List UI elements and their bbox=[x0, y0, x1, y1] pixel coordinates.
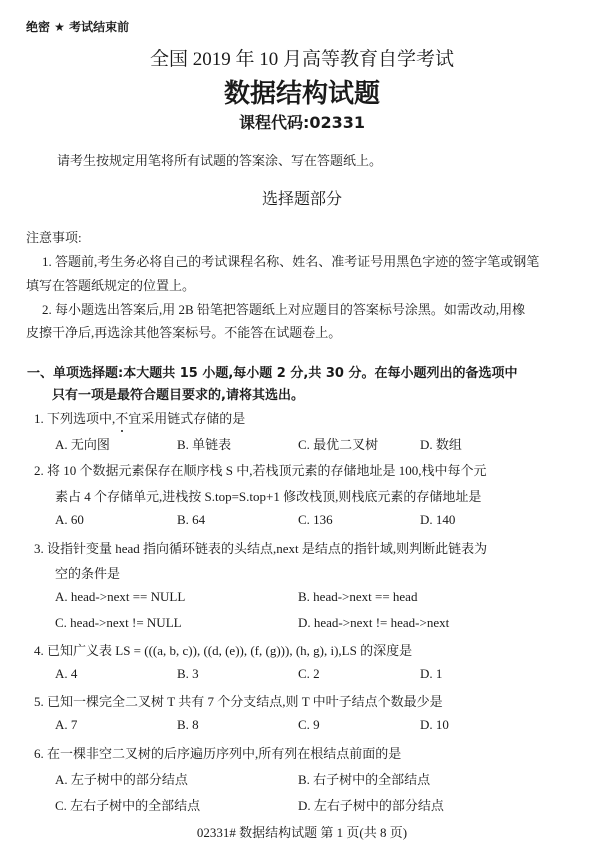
q4-option-b: B. 3 bbox=[177, 666, 199, 682]
confidential-label: 绝密 ★ 考试结束前 bbox=[26, 18, 129, 35]
question-4: 4. 已知广义表 LS = (((a, b, c)), ((d, (e)), (… bbox=[34, 640, 412, 659]
q4-option-a: A. 4 bbox=[55, 666, 77, 682]
q3-option-d: D. head->next != head->next bbox=[298, 615, 449, 631]
question-number: 2. bbox=[34, 463, 44, 478]
q3-option-c: C. head->next != NULL bbox=[55, 615, 182, 631]
question-3-line-1: 3. 设指针变量 head 指向循环链表的头结点,next 是结点的指针域,则判… bbox=[34, 538, 487, 557]
q5-option-a: A. 7 bbox=[55, 717, 77, 733]
question-text: 在一棵非空二叉树的后序遍历序列中,所有列在根结点前面的是 bbox=[47, 746, 401, 761]
q6-option-a: A. 左子树中的部分结点 bbox=[55, 769, 188, 788]
question-3-line-2: 空的条件是 bbox=[55, 563, 120, 582]
page-footer: 02331# 数据结构试题 第 1 页(共 8 页) bbox=[0, 822, 604, 841]
question-text-prefix: 下列选项中, bbox=[47, 411, 115, 426]
q2-option-a: A. 60 bbox=[55, 512, 84, 528]
question-text: 已知一棵完全二叉树 T 共有 7 个分支结点,则 T 中叶子结点个数最少是 bbox=[47, 694, 443, 709]
question-1: 1. 下列选项中,不宜采用链式存储的是 bbox=[34, 408, 245, 427]
question-6: 6. 在一棵非空二叉树的后序遍历序列中,所有列在根结点前面的是 bbox=[34, 743, 401, 762]
question-text: 将 10 个数据元素保存在顺序栈 S 中,若栈顶元素的存储地址是 100,栈中每… bbox=[47, 463, 486, 478]
q2-option-c: C. 136 bbox=[298, 512, 333, 528]
q3-option-b: B. head->next == head bbox=[298, 589, 417, 605]
q1-option-d: D. 数组 bbox=[420, 434, 462, 453]
question-number: 4. bbox=[34, 643, 44, 658]
part1-heading-line-2: 只有一项是最符合题目要求的,请将其选出。 bbox=[52, 384, 304, 403]
q1-option-b: B. 单链表 bbox=[177, 434, 231, 453]
question-text: 已知广义表 LS = (((a, b, c)), ((d, (e)), (f, … bbox=[47, 643, 412, 658]
q6-option-b: B. 右子树中的全部结点 bbox=[298, 769, 430, 788]
q5-option-d: D. 10 bbox=[420, 717, 449, 733]
q4-option-d: D. 1 bbox=[420, 666, 442, 682]
q4-option-c: C. 2 bbox=[298, 666, 320, 682]
q5-option-b: B. 8 bbox=[177, 717, 199, 733]
question-text-suffix: 宜采用链式存储的是 bbox=[128, 411, 245, 426]
question-5: 5. 已知一棵完全二叉树 T 共有 7 个分支结点,则 T 中叶子结点个数最少是 bbox=[34, 691, 443, 710]
emphasized-char: 不 bbox=[115, 408, 128, 427]
question-number: 6. bbox=[34, 746, 44, 761]
course-code: 课程代码:02331 bbox=[0, 110, 604, 133]
q2-option-d: D. 140 bbox=[420, 512, 455, 528]
question-2-line-1: 2. 将 10 个数据元素保存在顺序栈 S 中,若栈顶元素的存储地址是 100,… bbox=[34, 460, 486, 479]
question-number: 3. bbox=[34, 541, 44, 556]
note-1-line-1: 1. 答题前,考生务必将自己的考试课程名称、姓名、准考证号用黑色字迹的签字笔或钢… bbox=[42, 251, 539, 270]
note-2-line-2: 皮擦干净后,再选涂其他答案标号。不能答在试题卷上。 bbox=[26, 322, 341, 341]
q1-option-a: A. 无向图 bbox=[55, 434, 110, 453]
note-2-line-1: 2. 每小题选出答案后,用 2B 铅笔把答题纸上对应题目的答案标号涂黑。如需改动… bbox=[42, 299, 525, 318]
q6-option-d: D. 左右子树中的部分结点 bbox=[298, 795, 444, 814]
general-instruction: 请考生按规定用笔将所有试题的答案涂、写在答题纸上。 bbox=[57, 150, 382, 169]
question-text: 设指针变量 head 指向循环链表的头结点,next 是结点的指针域,则判断此链… bbox=[47, 541, 487, 556]
section-title: 选择题部分 bbox=[0, 186, 604, 209]
q2-option-b: B. 64 bbox=[177, 512, 205, 528]
question-number: 1. bbox=[34, 411, 44, 426]
question-2-line-2: 素占 4 个存储单元,进栈按 S.top=S.top+1 修改栈顶,则栈底元素的… bbox=[55, 486, 481, 505]
notes-heading: 注意事项: bbox=[26, 227, 82, 246]
exam-title: 全国 2019 年 10 月高等教育自学考试 bbox=[0, 44, 604, 71]
note-1-line-2: 填写在答题纸规定的位置上。 bbox=[26, 275, 195, 294]
question-number: 5. bbox=[34, 694, 44, 709]
q5-option-c: C. 9 bbox=[298, 717, 320, 733]
q3-option-a: A. head->next == NULL bbox=[55, 589, 185, 605]
q1-option-c: C. 最优二叉树 bbox=[298, 434, 378, 453]
q6-option-c: C. 左右子树中的全部结点 bbox=[55, 795, 200, 814]
part1-heading-line-1: 一、单项选择题:本大题共 15 小题,每小题 2 分,共 30 分。在每小题列出… bbox=[27, 362, 517, 381]
subject-title: 数据结构试题 bbox=[0, 73, 604, 110]
